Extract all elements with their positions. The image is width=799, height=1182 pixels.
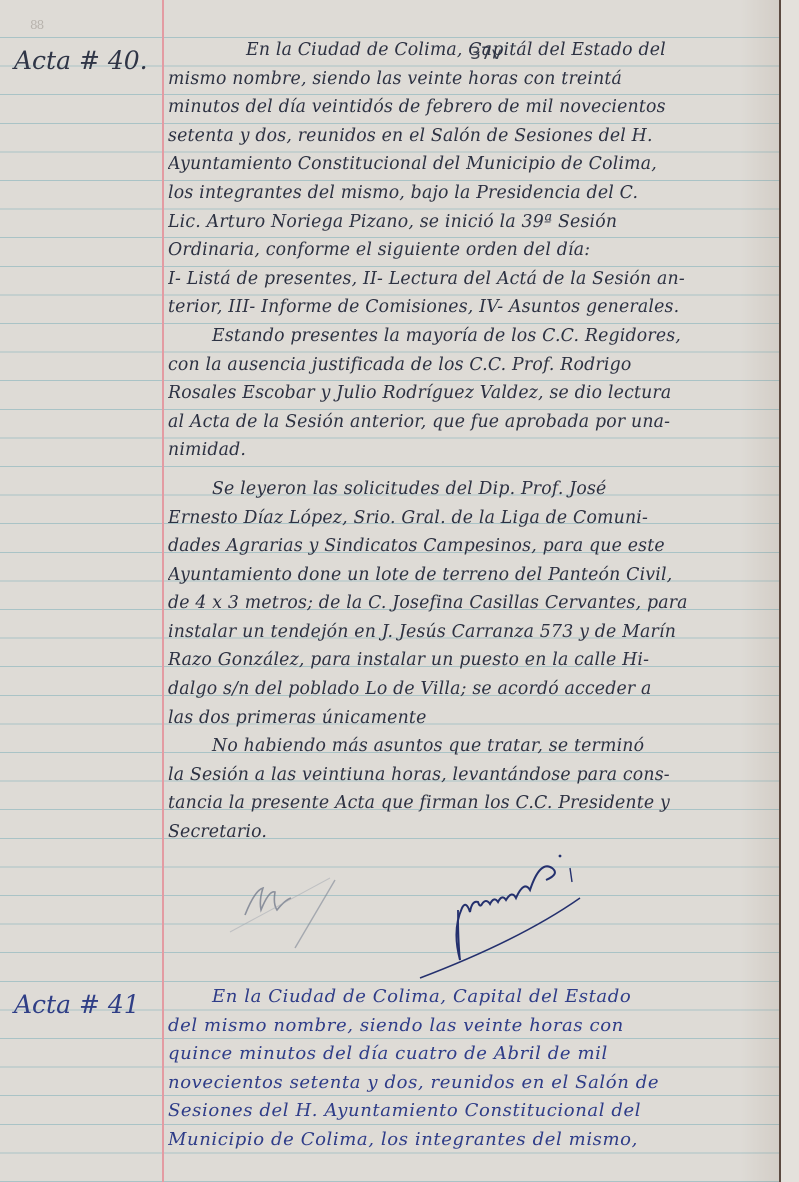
text-line: al Acta de la Sesión anterior, que fue a… (168, 408, 774, 437)
text-line: instalar un tendejón en J. Jesús Carranz… (168, 618, 774, 647)
text-line: En la Ciudad de Colima, Capital del Esta… (168, 983, 774, 1012)
folio-stamp: 88 (30, 18, 52, 36)
text-line: No habiendo más asuntos que tratar, se t… (168, 732, 774, 761)
secretary-signature (400, 850, 630, 990)
text-line: Se leyeron las solicitudes del Dip. Prof… (168, 475, 774, 504)
ledger-page: 88 37v Acta # 40. En la Ciudad de Colima… (0, 0, 781, 1182)
text-line: Lic. Arturo Noriega Pizano, se inició la… (168, 208, 774, 237)
acta-40-label: Acta # 40. (14, 46, 148, 75)
adjacent-page-edge (781, 0, 799, 1182)
text-line: I- Listá de presentes, II- Lectura del A… (168, 265, 774, 294)
text-line: la Sesión a las veintiuna horas, levantá… (168, 761, 774, 790)
acta-40-text: En la Ciudad de Colima, Capitál del Esta… (168, 36, 774, 847)
text-line: Ernesto Díaz López, Srio. Gral. de la Li… (168, 504, 774, 533)
text-line: terior, III- Informe de Comisiones, IV- … (168, 293, 774, 322)
text-line: Ayuntamiento Constitucional del Municipi… (168, 150, 774, 179)
text-line: con la ausencia justificada de los C.C. … (168, 351, 774, 380)
text-line: del mismo nombre, siendo las veinte hora… (168, 1012, 774, 1041)
text-line: novecientos setenta y dos, reunidos en e… (168, 1069, 774, 1098)
acta-41-label: Acta # 41 (14, 990, 140, 1019)
text-line: tancia la presente Acta que firman los C… (168, 789, 774, 818)
text-line: nimidad. (168, 436, 774, 465)
text-line: Municipio de Colima, los integrantes del… (168, 1126, 774, 1155)
margin-line (162, 0, 164, 1182)
text-line: dalgo s/n del poblado Lo de Villa; se ac… (168, 675, 774, 704)
text-line: Secretario. (168, 818, 774, 847)
president-signature (225, 860, 375, 950)
text-line: En la Ciudad de Colima, Capitál del Esta… (168, 36, 774, 65)
text-line: quince minutos del día cuatro de Abril d… (168, 1040, 774, 1069)
text-line: los integrantes del mismo, bajo la Presi… (168, 179, 774, 208)
text-line: setenta y dos, reunidos en el Salón de S… (168, 122, 774, 151)
acta-41-text: En la Ciudad de Colima, Capital del Esta… (168, 983, 774, 1155)
text-line: Ayuntamiento done un lote de terreno del… (168, 561, 774, 590)
text-line: Estando presentes la mayoría de los C.C.… (168, 322, 774, 351)
text-line: dades Agrarias y Sindicatos Campesinos, … (168, 532, 774, 561)
text-line: las dos primeras únicamente (168, 704, 774, 733)
text-line: Razo González, para instalar un puesto e… (168, 646, 774, 675)
text-line: Sesiones del H. Ayuntamiento Constitucio… (168, 1097, 774, 1126)
text-line: Rosales Escobar y Julio Rodríguez Valdez… (168, 379, 774, 408)
spacer (168, 465, 774, 475)
text-line: de 4 x 3 metros; de la C. Josefina Casil… (168, 589, 774, 618)
text-line: mismo nombre, siendo las veinte horas co… (168, 65, 774, 94)
text-line: minutos del día veintidós de febrero de … (168, 93, 774, 122)
text-line: Ordinaria, conforme el siguiente orden d… (168, 236, 774, 265)
